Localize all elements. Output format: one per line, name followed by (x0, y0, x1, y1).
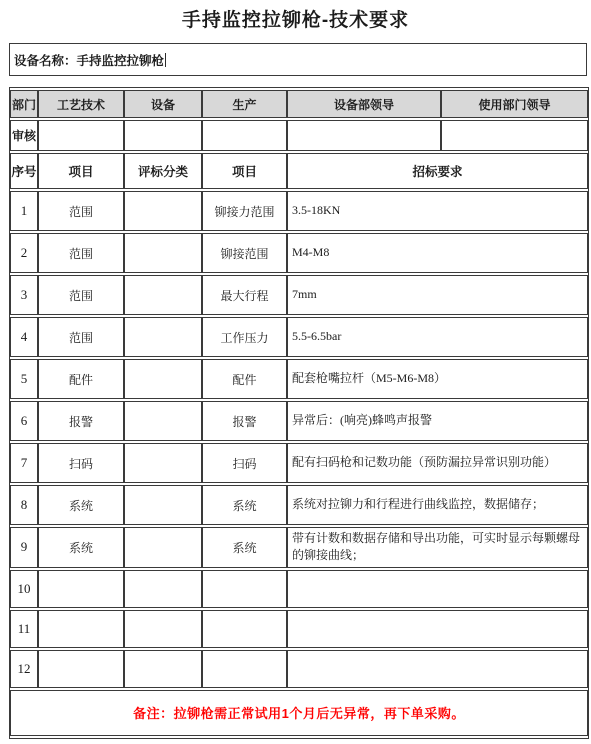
page-title: 手持监控拉铆枪-技术要求 (0, 6, 591, 36)
sub-item-cell[interactable]: 铆接力范围 (202, 191, 287, 231)
review-empty-cell[interactable] (287, 120, 441, 151)
requirement-cell[interactable]: 3.5-18KN (287, 191, 588, 231)
review-empty-cell[interactable] (38, 120, 124, 151)
table-row: 12 (10, 650, 588, 688)
header-cell-user-dept-leader[interactable]: 使用部门领导 (441, 90, 588, 118)
spec-table: 部门 工艺技术 设备 生产 设备部领导 使用部门领导 审核 序号 项目 评标分类… (9, 87, 589, 739)
category-cell[interactable] (124, 570, 202, 608)
sub-item-cell[interactable]: 系统 (202, 485, 287, 525)
header-cell-department[interactable]: 部门 (10, 90, 38, 118)
sub-item-cell[interactable] (202, 650, 287, 688)
table-row: 5配件配件配套枪嘴拉杆（M5-M6-M8） (10, 359, 588, 399)
review-row: 审核 (10, 120, 588, 151)
table-row: 8系统系统系统对拉铆力和行程进行曲线监控，数据储存； (10, 485, 588, 525)
table-row: 11 (10, 610, 588, 648)
table-row: 10 (10, 570, 588, 608)
seq-cell[interactable]: 8 (10, 485, 38, 525)
sub-item-cell[interactable]: 报警 (202, 401, 287, 441)
spec-header-seq[interactable]: 序号 (10, 153, 38, 189)
category-cell[interactable] (124, 233, 202, 273)
seq-cell[interactable]: 2 (10, 233, 38, 273)
item-cell[interactable]: 扫码 (38, 443, 124, 483)
requirement-cell[interactable]: 异常后：(响亮)蜂鸣声报警 (287, 401, 588, 441)
seq-cell[interactable]: 6 (10, 401, 38, 441)
category-cell[interactable] (124, 191, 202, 231)
footer-note-cell[interactable]: 备注：拉铆枪需正常试用1个月后无异常，再下单采购。 (10, 690, 588, 736)
table-row: 2范围铆接范围M4-M8 (10, 233, 588, 273)
seq-cell[interactable]: 7 (10, 443, 38, 483)
seq-cell[interactable]: 1 (10, 191, 38, 231)
table-row: 9系统系统带有计数和数据存储和导出功能，可实时显示每颗螺母的铆接曲线； (10, 527, 588, 568)
review-empty-cell[interactable] (441, 120, 588, 151)
category-cell[interactable] (124, 527, 202, 568)
table-row: 7扫码扫码配有扫码枪和记数功能（预防漏拉异常识别功能） (10, 443, 588, 483)
category-cell[interactable] (124, 317, 202, 357)
requirement-cell[interactable] (287, 650, 588, 688)
category-cell[interactable] (124, 610, 202, 648)
text-caret (165, 53, 166, 67)
seq-cell[interactable]: 4 (10, 317, 38, 357)
item-cell[interactable] (38, 650, 124, 688)
item-cell[interactable]: 报警 (38, 401, 124, 441)
category-cell[interactable] (124, 275, 202, 315)
requirement-cell[interactable]: 7mm (287, 275, 588, 315)
spec-header-row: 序号 项目 评标分类 项目 招标要求 (10, 153, 588, 189)
item-cell[interactable] (38, 610, 124, 648)
seq-cell[interactable]: 11 (10, 610, 38, 648)
review-empty-cell[interactable] (202, 120, 287, 151)
sub-item-cell[interactable]: 最大行程 (202, 275, 287, 315)
sub-item-cell[interactable] (202, 610, 287, 648)
approval-header-row: 部门 工艺技术 设备 生产 设备部领导 使用部门领导 (10, 90, 588, 118)
requirement-cell[interactable]: 5.5-6.5bar (287, 317, 588, 357)
header-cell-equip-dept-leader[interactable]: 设备部领导 (287, 90, 441, 118)
device-name-text: 设备名称：手持监控拉铆枪 (14, 51, 164, 69)
device-name-cell[interactable]: 设备名称：手持监控拉铆枪 (9, 43, 587, 76)
requirement-cell[interactable] (287, 610, 588, 648)
item-cell[interactable]: 范围 (38, 275, 124, 315)
table-row: 6报警报警异常后：(响亮)蜂鸣声报警 (10, 401, 588, 441)
requirement-cell[interactable] (287, 570, 588, 608)
table-row: 1范围铆接力范围3.5-18KN (10, 191, 588, 231)
item-cell[interactable]: 范围 (38, 233, 124, 273)
item-cell[interactable]: 范围 (38, 317, 124, 357)
category-cell[interactable] (124, 359, 202, 399)
seq-cell[interactable]: 12 (10, 650, 38, 688)
sub-item-cell[interactable]: 扫码 (202, 443, 287, 483)
seq-cell[interactable]: 3 (10, 275, 38, 315)
sub-item-cell[interactable] (202, 570, 287, 608)
seq-cell[interactable]: 5 (10, 359, 38, 399)
sub-item-cell[interactable]: 配件 (202, 359, 287, 399)
requirement-cell[interactable]: 配有扫码枪和记数功能（预防漏拉异常识别功能） (287, 443, 588, 483)
review-label-cell[interactable]: 审核 (10, 120, 38, 151)
item-cell[interactable]: 范围 (38, 191, 124, 231)
header-cell-equipment[interactable]: 设备 (124, 90, 202, 118)
sub-item-cell[interactable]: 工作压力 (202, 317, 287, 357)
item-cell[interactable]: 系统 (38, 527, 124, 568)
spec-header-requirement[interactable]: 招标要求 (287, 153, 588, 189)
table-row: 3范围最大行程7mm (10, 275, 588, 315)
spec-header-category[interactable]: 评标分类 (124, 153, 202, 189)
requirement-cell[interactable]: 系统对拉铆力和行程进行曲线监控，数据储存； (287, 485, 588, 525)
category-cell[interactable] (124, 485, 202, 525)
item-cell[interactable]: 配件 (38, 359, 124, 399)
header-cell-process-tech[interactable]: 工艺技术 (38, 90, 124, 118)
spec-header-item[interactable]: 项目 (38, 153, 124, 189)
seq-cell[interactable]: 10 (10, 570, 38, 608)
item-cell[interactable] (38, 570, 124, 608)
category-cell[interactable] (124, 443, 202, 483)
seq-cell[interactable]: 9 (10, 527, 38, 568)
requirement-cell[interactable]: 配套枪嘴拉杆（M5-M6-M8） (287, 359, 588, 399)
category-cell[interactable] (124, 650, 202, 688)
header-cell-production[interactable]: 生产 (202, 90, 287, 118)
spec-header-sub-item[interactable]: 项目 (202, 153, 287, 189)
table-row: 4范围工作压力5.5-6.5bar (10, 317, 588, 357)
review-empty-cell[interactable] (124, 120, 202, 151)
footer-note-row: 备注：拉铆枪需正常试用1个月后无异常，再下单采购。 (10, 690, 588, 736)
requirement-cell[interactable]: 带有计数和数据存储和导出功能，可实时显示每颗螺母的铆接曲线； (287, 527, 588, 568)
sub-item-cell[interactable]: 铆接范围 (202, 233, 287, 273)
document-page: 手持监控拉铆枪-技术要求 设备名称：手持监控拉铆枪 部门 工艺技术 设备 生产 … (0, 0, 591, 744)
sub-item-cell[interactable]: 系统 (202, 527, 287, 568)
requirement-cell[interactable]: M4-M8 (287, 233, 588, 273)
item-cell[interactable]: 系统 (38, 485, 124, 525)
category-cell[interactable] (124, 401, 202, 441)
